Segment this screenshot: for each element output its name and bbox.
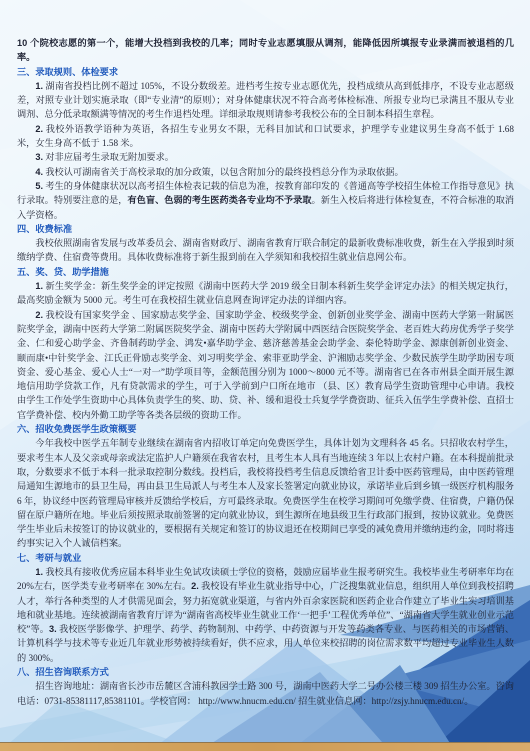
text-run: 我校医学影像学、护理学、药学、药物制剂、中药学、中药资源与开发等药类各专业、与医… [17, 624, 514, 663]
bold-text-run: 有色盲、色弱的考生医药类各专业均不予录取 [127, 195, 311, 205]
paragraph: 1. 湖南省投档比例不超过 105%，不设分数级差。进档考生按专业志愿优先，投档… [17, 79, 514, 122]
section-3: 五、奖、贷、助学措施1. 新生奖学金：新生奖学金的评定按照《湖南中医药大学 20… [17, 265, 514, 422]
text-run: 新生奖学金：新生奖学金的评定按照《湖南中医药大学 2019 级全日制本科新生奖学… [17, 281, 514, 305]
text-run: 对非应届考生录取无附加要求。 [43, 152, 174, 162]
paragraph: 3. 对非应届考生录取无附加要求。 [17, 150, 514, 164]
section-4: 六、招收免费医学生政策概要今年我校中医学五年制专业继续在湖南省内招收订单定向免费… [17, 422, 514, 551]
school-website-url[interactable]: http://www.hnucm.edu.cn/ [198, 696, 296, 706]
section-6: 八、招生咨询联系方式招生咨询地址：湖南省长沙市岳麓区含浦科教园学士路 300 号… [17, 665, 514, 708]
section-heading: 三、录取规则、体检要求 [17, 65, 514, 79]
intro-paragraph: 10 个院校志愿的第一个，能增大投档到我校的几率；同时专业志愿填服从调剂，能降低… [17, 36, 514, 65]
paragraph: 2. 我校设有国家奖学金 、国家励志奖学金、国家助学金、校级奖学金、创新创业奖学… [17, 308, 514, 422]
paragraph: 我校依照湖南省发展与改革委员会、湖南省财政厅、湖南省教育厅联合制定的最新收费标准… [17, 236, 514, 265]
section-heading: 八、招生咨询联系方式 [17, 665, 514, 679]
section-5: 七、考研与就业1. 我校具有接收优秀应届本科毕业生免试攻读硕士学位的资格，鼓励应… [17, 551, 514, 665]
paragraph: 1. 我校具有接收优秀应届本科毕业生免试攻读硕士学位的资格，鼓励应届毕业生报考研… [17, 565, 514, 665]
document-content: 10 个院校志愿的第一个，能增大投档到我校的几率；同时专业志愿填服从调剂，能降低… [17, 36, 514, 708]
bold-text-run: 5. [35, 181, 43, 191]
paragraph: 2. 我校外语教学语种为英语，各招生专业男女不限，无科目加试和口试要求，护理学专… [17, 122, 514, 151]
bold-text-run: 3. [35, 152, 43, 162]
bold-text-run: 1. [35, 81, 43, 91]
text-run: 。 [464, 696, 473, 706]
bold-text-run: 2. [191, 581, 199, 591]
bold-text-run: 10 个院校志愿的第一个，能增大投档到我校的几率；同时专业志愿填服从调剂，能降低… [17, 38, 514, 62]
paragraph: 招生咨询地址：湖南省长沙市岳麓区含浦科教园学士路 300 号，湖南中医药大学二号… [17, 679, 514, 708]
paragraph: 今年我校中医学五年制专业继续在湖南省内招收订单定向免费医学生，具体计划为文理科各… [17, 436, 514, 550]
text-run: 湖南省投档比例不超过 105%，不设分数级差。进档考生按专业志愿优先，投档成绩从… [17, 81, 514, 120]
text-run: 招生就业信息网： [296, 696, 372, 706]
bold-text-run: 3. [49, 624, 57, 634]
section-heading: 七、考研与就业 [17, 551, 514, 565]
paragraph: 4. 我校认可湖南省关于高校录取的加分政策，以包含附加分的最终投档总分作为录取依… [17, 165, 514, 179]
text-run: 我校依照湖南省发展与改革委员会、湖南省财政厅、湖南省教育厅联合制定的最新收费标准… [17, 238, 514, 262]
paragraph: 5. 考生的身体健康状况以高考招生体检表记载的信息为准，按教育部印发的《普通高等… [17, 179, 514, 222]
text-run: 今年我校中医学五年制专业继续在湖南省内招收订单定向免费医学生，具体计划为文理科各… [17, 438, 514, 548]
section-heading: 四、收费标准 [17, 222, 514, 236]
admissions-website-url[interactable]: http://zsjy.hnucm.edu.cn/ [372, 696, 465, 706]
text-run: 我校外语教学语种为英语，各招生专业男女不限，无科目加试和口试要求，护理学专业建议… [17, 124, 514, 148]
bold-text-run: 4. [35, 167, 43, 177]
bold-text-run: 1. [35, 567, 43, 577]
section-heading: 五、奖、贷、助学措施 [17, 265, 514, 279]
bold-text-run: 1. [35, 281, 43, 291]
section-heading: 六、招收免费医学生政策概要 [17, 422, 514, 436]
bold-text-run: 2. [35, 124, 43, 134]
text-run: 我校设有国家奖学金 、国家励志奖学金、国家助学金、校级奖学金、创新创业奖学金、湖… [17, 310, 514, 420]
section-1: 三、录取规则、体检要求1. 湖南省投档比例不超过 105%，不设分数级差。进档考… [17, 65, 514, 222]
brochure-page: 10 个院校志愿的第一个，能增大投档到我校的几率；同时专业志愿填服从调剂，能降低… [0, 0, 530, 751]
section-2: 四、收费标准我校依照湖南省发展与改革委员会、湖南省财政厅、湖南省教育厅联合制定的… [17, 222, 514, 265]
sections: 三、录取规则、体检要求1. 湖南省投档比例不超过 105%，不设分数级差。进档考… [17, 65, 514, 708]
bottom-accent-stripe [0, 742, 530, 751]
text-run: 我校认可湖南省关于高校录取的加分政策，以包含附加分的最终投档总分作为录取依据。 [43, 167, 404, 177]
paragraph: 1. 新生奖学金：新生奖学金的评定按照《湖南中医药大学 2019 级全日制本科新… [17, 279, 514, 308]
bold-text-run: 2. [35, 310, 43, 320]
